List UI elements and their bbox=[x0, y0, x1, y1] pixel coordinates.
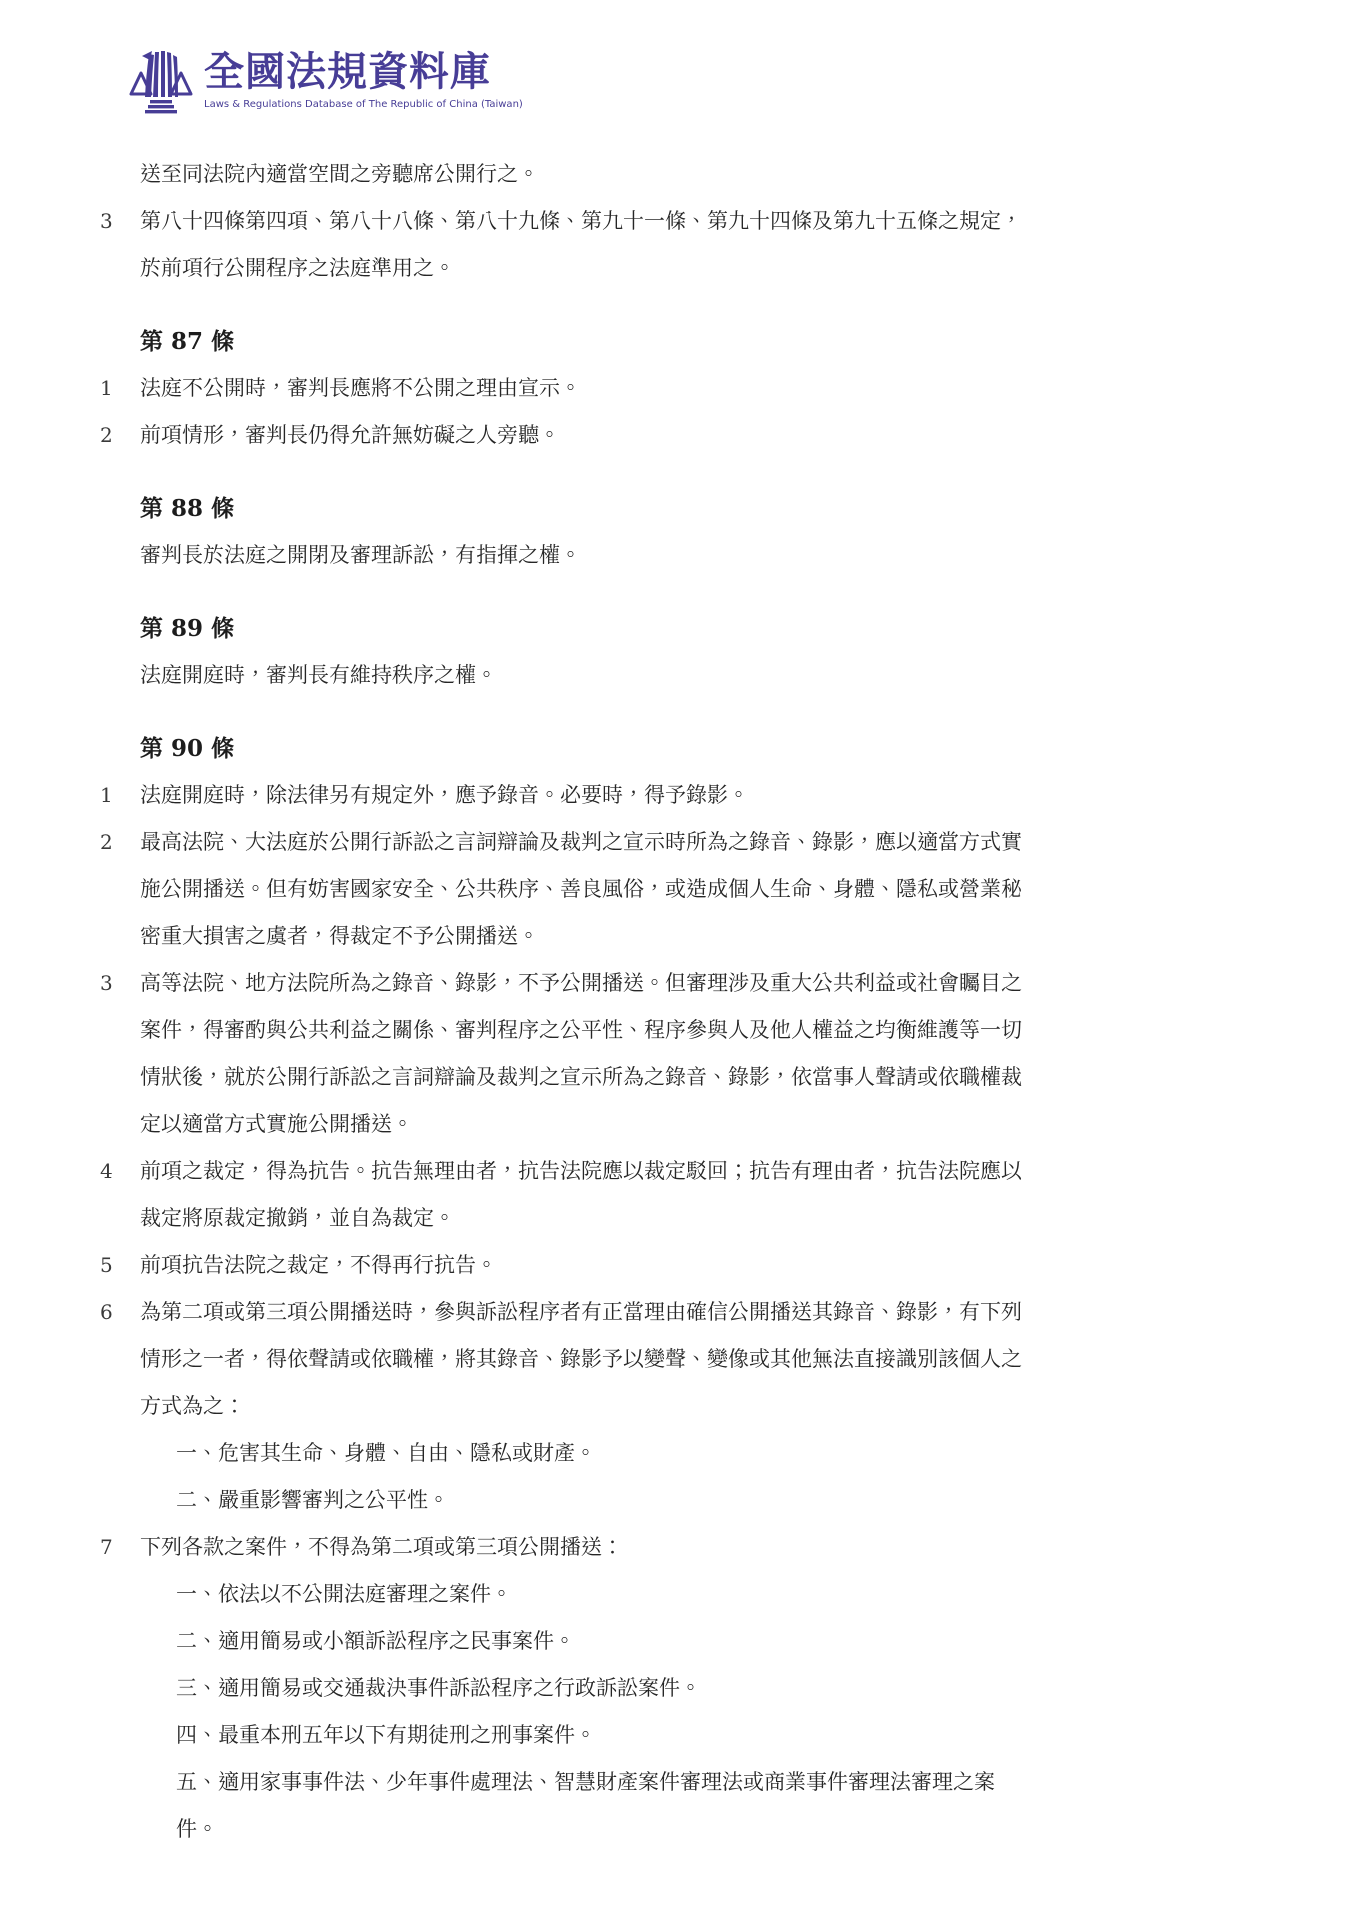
paragraph-text: 前項情形，審判長仍得允許無妨礙之人旁聽。 bbox=[140, 412, 1024, 459]
paragraph-text: 高等法院、地方法院所為之錄音、錄影，不予公開播送。但審理涉及重大公共利益或社會矚… bbox=[140, 960, 1024, 1148]
law-subitem: 四、最重本刑五年以下有期徒刑之刑事案件。 bbox=[100, 1712, 1024, 1759]
paragraph-number: 5 bbox=[100, 1242, 140, 1289]
paragraph-text: 前項抗告法院之裁定，不得再行抗告。 bbox=[140, 1242, 1024, 1289]
header: 全國法規資料庫 Laws & Regulations Database of T… bbox=[0, 0, 1366, 122]
law-paragraph: 1法庭開庭時，除法律另有規定外，應予錄音。必要時，得予錄影。 bbox=[100, 772, 1024, 819]
paragraph-number: 2 bbox=[100, 819, 140, 866]
law-line: 送至同法院內適當空間之旁聽席公開行之。 bbox=[100, 151, 1024, 198]
logo-text: 全國法規資料庫 Laws & Regulations Database of T… bbox=[204, 46, 523, 111]
law-paragraph: 3第八十四條第四項、第八十八條、第八十九條、第九十一條、第九十四條及第九十五條之… bbox=[100, 198, 1024, 292]
law-subitem: 五、適用家事事件法、少年事件處理法、智慧財產案件審理法或商業事件審理法審理之案件… bbox=[100, 1759, 1024, 1853]
paragraph-text: 為第二項或第三項公開播送時，參與訴訟程序者有正當理由確信公開播送其錄音、錄影，有… bbox=[140, 1289, 1024, 1430]
paragraph-text: 審判長於法庭之開閉及審理訴訟，有指揮之權。 bbox=[140, 532, 1024, 579]
paragraph-number: 1 bbox=[100, 772, 140, 819]
paragraph-number: 3 bbox=[100, 198, 140, 245]
site-title: 全國法規資料庫 bbox=[204, 48, 523, 96]
law-paragraph: 2前項情形，審判長仍得允許無妨礙之人旁聽。 bbox=[100, 412, 1024, 459]
paragraph-number: 6 bbox=[100, 1289, 140, 1336]
law-paragraph: 4前項之裁定，得為抗告。抗告無理由者，抗告法院應以裁定駁回；抗告有理由者，抗告法… bbox=[100, 1148, 1024, 1242]
article-heading: 第 88 條 bbox=[140, 485, 1024, 532]
paragraph-number: 4 bbox=[100, 1148, 140, 1195]
law-paragraph: 5前項抗告法院之裁定，不得再行抗告。 bbox=[100, 1242, 1024, 1289]
article-heading: 第 90 條 bbox=[140, 725, 1024, 772]
law-subitem: 三、適用簡易或交通裁決事件訴訟程序之行政訴訟案件。 bbox=[100, 1665, 1024, 1712]
article-heading: 第 89 條 bbox=[140, 605, 1024, 652]
paragraph-text: 法庭不公開時，審判長應將不公開之理由宣示。 bbox=[140, 365, 1024, 412]
law-line: 審判長於法庭之開閉及審理訴訟，有指揮之權。 bbox=[100, 532, 1024, 579]
law-paragraph: 3高等法院、地方法院所為之錄音、錄影，不予公開播送。但審理涉及重大公共利益或社會… bbox=[100, 960, 1024, 1148]
paragraph-number: 7 bbox=[100, 1524, 140, 1571]
paragraph-number: 3 bbox=[100, 960, 140, 1007]
paragraph-text: 一、依法以不公開法庭審理之案件。 bbox=[140, 1571, 1024, 1618]
law-paragraph: 7下列各款之案件，不得為第二項或第三項公開播送： bbox=[100, 1524, 1024, 1571]
paragraph-number: 1 bbox=[100, 365, 140, 412]
paragraph-text: 第八十四條第四項、第八十八條、第八十九條、第九十一條、第九十四條及第九十五條之規… bbox=[140, 198, 1024, 292]
paragraph-text: 一、危害其生命、身體、自由、隱私或財產。 bbox=[140, 1430, 1024, 1477]
site-subtitle: Laws & Regulations Database of The Repub… bbox=[204, 98, 523, 111]
law-paragraph: 2最高法院、大法庭於公開行訴訟之言詞辯論及裁判之宣示時所為之錄音、錄影，應以適當… bbox=[100, 819, 1024, 960]
paragraph-text: 送至同法院內適當空間之旁聽席公開行之。 bbox=[140, 151, 1024, 198]
law-subitem: 一、危害其生命、身體、自由、隱私或財產。 bbox=[100, 1430, 1024, 1477]
paragraph-number: 2 bbox=[100, 412, 140, 459]
paragraph-text: 法庭開庭時，除法律另有規定外，應予錄音。必要時，得予錄影。 bbox=[140, 772, 1024, 819]
paragraph-text: 四、最重本刑五年以下有期徒刑之刑事案件。 bbox=[140, 1712, 1024, 1759]
paragraph-text: 法庭開庭時，審判長有維持秩序之權。 bbox=[140, 652, 1024, 699]
paragraph-text: 最高法院、大法庭於公開行訴訟之言詞辯論及裁判之宣示時所為之錄音、錄影，應以適當方… bbox=[140, 819, 1024, 960]
law-paragraph: 6為第二項或第三項公開播送時，參與訴訟程序者有正當理由確信公開播送其錄音、錄影，… bbox=[100, 1289, 1024, 1430]
paragraph-text: 三、適用簡易或交通裁決事件訴訟程序之行政訴訟案件。 bbox=[140, 1665, 1024, 1712]
paragraph-text: 五、適用家事事件法、少年事件處理法、智慧財產案件審理法或商業事件審理法審理之案件… bbox=[140, 1759, 1024, 1853]
document-body: 送至同法院內適當空間之旁聽席公開行之。3第八十四條第四項、第八十八條、第八十九條… bbox=[100, 151, 1024, 1853]
paragraph-text: 前項之裁定，得為抗告。抗告無理由者，抗告法院應以裁定駁回；抗告有理由者，抗告法院… bbox=[140, 1148, 1024, 1242]
law-paragraph: 1法庭不公開時，審判長應將不公開之理由宣示。 bbox=[100, 365, 1024, 412]
law-subitem: 二、嚴重影響審判之公平性。 bbox=[100, 1477, 1024, 1524]
law-line: 法庭開庭時，審判長有維持秩序之權。 bbox=[100, 652, 1024, 699]
paragraph-text: 下列各款之案件，不得為第二項或第三項公開播送： bbox=[140, 1524, 1024, 1571]
law-subitem: 一、依法以不公開法庭審理之案件。 bbox=[100, 1571, 1024, 1618]
scales-book-logo-icon bbox=[128, 46, 194, 118]
paragraph-text: 二、適用簡易或小額訴訟程序之民事案件。 bbox=[140, 1618, 1024, 1665]
law-subitem: 二、適用簡易或小額訴訟程序之民事案件。 bbox=[100, 1618, 1024, 1665]
logo: 全國法規資料庫 Laws & Regulations Database of T… bbox=[128, 46, 1366, 118]
page: { "logo": { "title": "全國法規資料庫", "subtitl… bbox=[0, 0, 1366, 1931]
article-heading: 第 87 條 bbox=[140, 318, 1024, 365]
paragraph-text: 二、嚴重影響審判之公平性。 bbox=[140, 1477, 1024, 1524]
